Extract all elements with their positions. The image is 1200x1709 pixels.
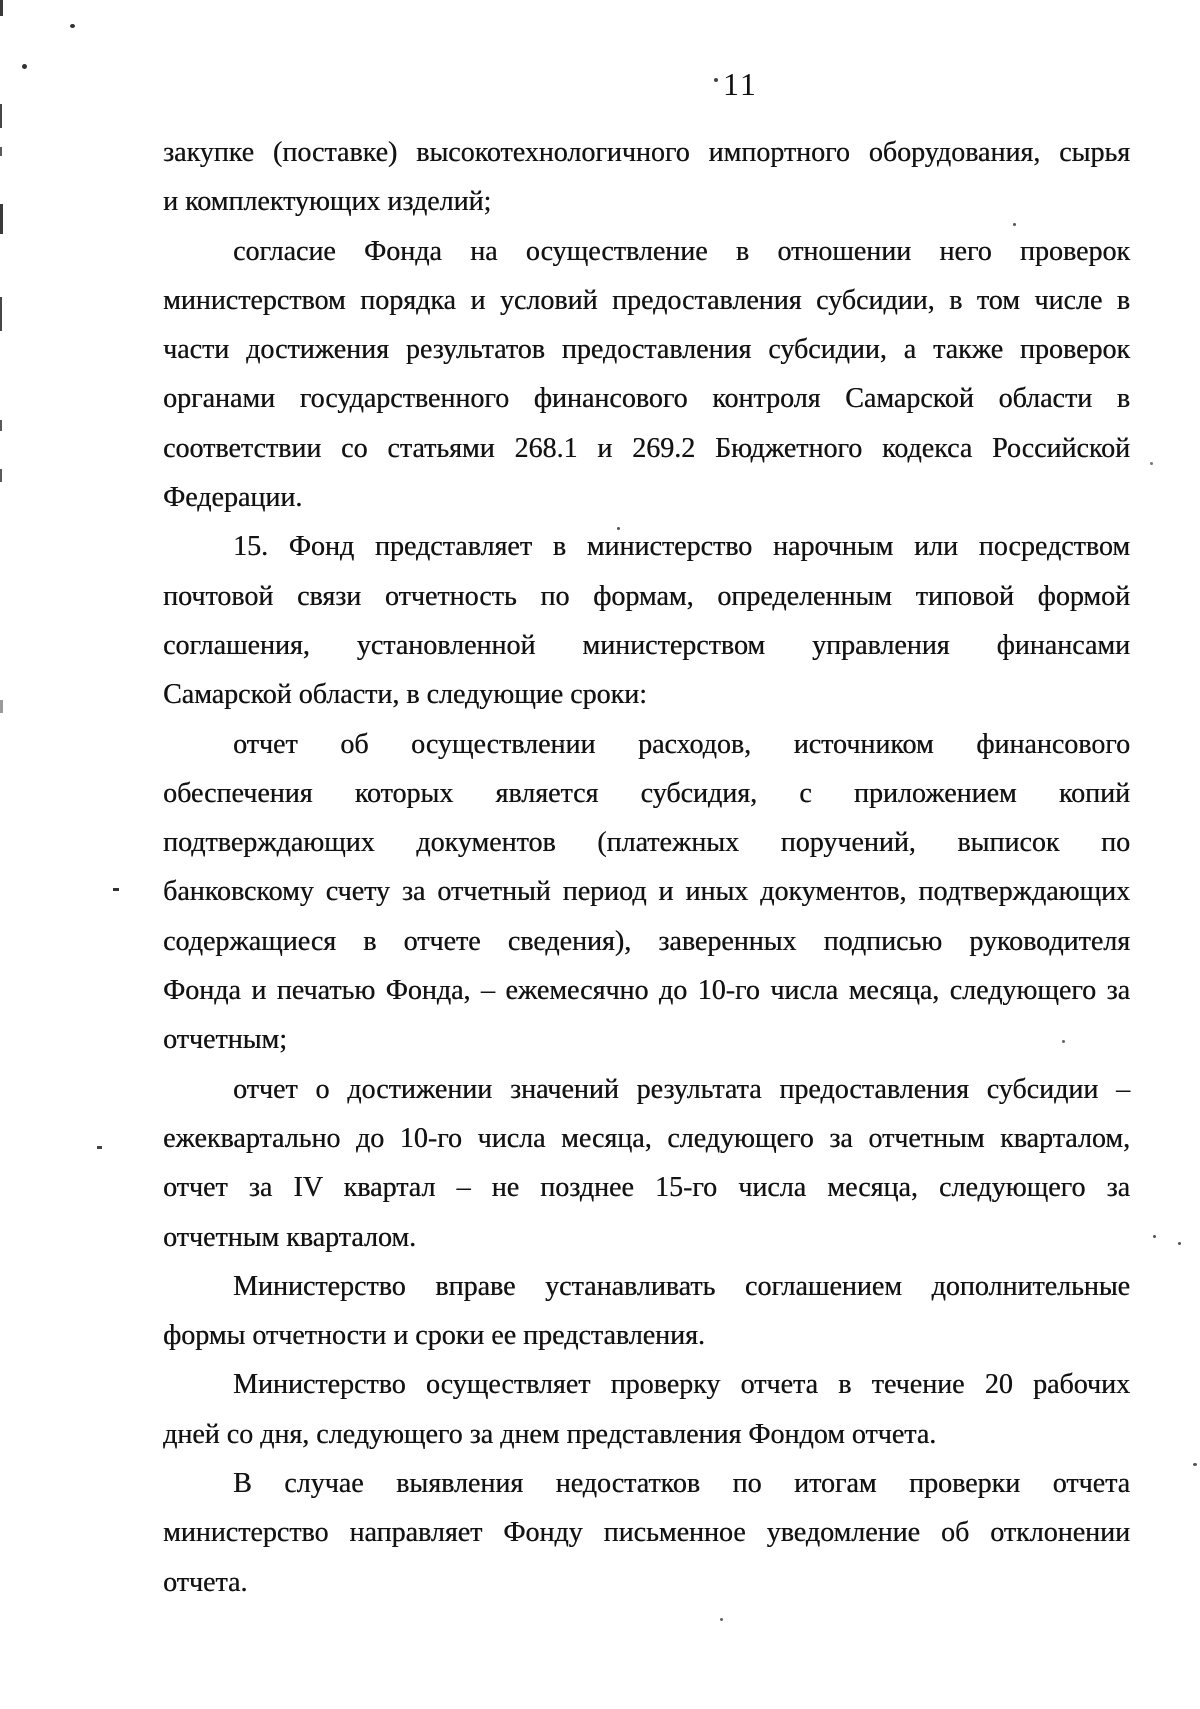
scan-speck bbox=[1178, 1242, 1181, 1245]
paragraph: Министерство осуществляет проверку отчет… bbox=[163, 1360, 1130, 1459]
text-line: Самарской области, в следующие сроки: bbox=[163, 670, 1130, 719]
scan-speck bbox=[1013, 223, 1016, 226]
scan-speck bbox=[1150, 462, 1153, 465]
text-line: соглашения, установленной министерством … bbox=[163, 621, 1130, 670]
scan-speck bbox=[1153, 1235, 1156, 1238]
scan-artifact bbox=[0, 104, 2, 128]
text-line: закупке (поставке) высокотехнологичного … bbox=[163, 128, 1130, 177]
text-line: отчета. bbox=[163, 1558, 1130, 1607]
text-line: Министерство осуществляет проверку отчет… bbox=[163, 1360, 1130, 1409]
text-line: содержащиеся в отчете сведения), заверен… bbox=[163, 917, 1130, 966]
scan-speck bbox=[22, 64, 27, 69]
text-line: и комплектующих изделий; bbox=[163, 177, 1130, 226]
scan-artifact bbox=[0, 420, 2, 431]
text-line: Фонда и печатью Фонда, – ежемесячно до 1… bbox=[163, 966, 1130, 1015]
text-line: отчет о достижении значений результата п… bbox=[163, 1065, 1130, 1114]
scan-artifact bbox=[0, 469, 2, 482]
scan-speck bbox=[1062, 1040, 1065, 1043]
document-text: закупке (поставке) высокотехнологичного … bbox=[163, 128, 1130, 1607]
paragraph: Министерство вправе устанавливать соглаш… bbox=[163, 1262, 1130, 1361]
paragraph: закупке (поставке) высокотехнологичного … bbox=[163, 128, 1130, 227]
scan-speck bbox=[97, 1146, 102, 1149]
page-number: 11 bbox=[723, 68, 758, 100]
text-line: ежеквартально до 10-го числа месяца, сле… bbox=[163, 1114, 1130, 1163]
scan-speck bbox=[714, 78, 718, 82]
text-line: отчет об осуществлении расходов, источни… bbox=[163, 720, 1130, 769]
scan-artifact bbox=[0, 147, 2, 156]
scan-artifact bbox=[0, 0, 3, 16]
document-page: 11 закупке (поставке) высокотехнологично… bbox=[0, 0, 1200, 1709]
text-line: органами государственного финансового ко… bbox=[163, 374, 1130, 423]
scan-speck bbox=[720, 1618, 723, 1621]
paragraph: отчет о достижении значений результата п… bbox=[163, 1065, 1130, 1262]
text-line: отчет за IV квартал – не позднее 15-го ч… bbox=[163, 1163, 1130, 1212]
scan-artifact bbox=[0, 204, 3, 234]
text-line: министерством порядка и условий предоста… bbox=[163, 276, 1130, 325]
text-line: дней со дня, следующего за днем представ… bbox=[163, 1410, 1130, 1459]
text-line: почтовой связи отчетность по формам, опр… bbox=[163, 572, 1130, 621]
paragraph: согласие Фонда на осуществление в отноше… bbox=[163, 227, 1130, 523]
text-line: обеспечения которых является субсидия, с… bbox=[163, 769, 1130, 818]
text-line: банковскому счету за отчетный период и и… bbox=[163, 867, 1130, 916]
scan-artifact bbox=[0, 297, 2, 331]
scan-speck bbox=[113, 888, 119, 891]
scan-speck bbox=[560, 742, 563, 745]
text-line: Федерации. bbox=[163, 473, 1130, 522]
text-line: формы отчетности и сроки ее представлени… bbox=[163, 1311, 1130, 1360]
text-line: соответствии со статьями 268.1 и 269.2 Б… bbox=[163, 424, 1130, 473]
scan-artifact bbox=[0, 700, 3, 713]
text-line: подтверждающих документов (платежных пор… bbox=[163, 818, 1130, 867]
text-line: отчетным; bbox=[163, 1015, 1130, 1064]
paragraph: отчет об осуществлении расходов, источни… bbox=[163, 720, 1130, 1065]
paragraph: 15. Фонд представляет в министерство нар… bbox=[163, 522, 1130, 719]
text-line: части достижения результатов предоставле… bbox=[163, 325, 1130, 374]
scan-speck bbox=[70, 24, 75, 28]
paragraph: В случае выявления недостатков по итогам… bbox=[163, 1459, 1130, 1607]
text-line: согласие Фонда на осуществление в отноше… bbox=[163, 227, 1130, 276]
text-line: 15. Фонд представляет в министерство нар… bbox=[163, 522, 1130, 571]
text-line: министерство направляет Фонду письменное… bbox=[163, 1508, 1130, 1557]
text-line: В случае выявления недостатков по итогам… bbox=[163, 1459, 1130, 1508]
scan-speck bbox=[617, 527, 620, 530]
text-line: отчетным кварталом. bbox=[163, 1213, 1130, 1262]
text-line: Министерство вправе устанавливать соглаш… bbox=[163, 1262, 1130, 1311]
scan-speck bbox=[1193, 1463, 1197, 1466]
